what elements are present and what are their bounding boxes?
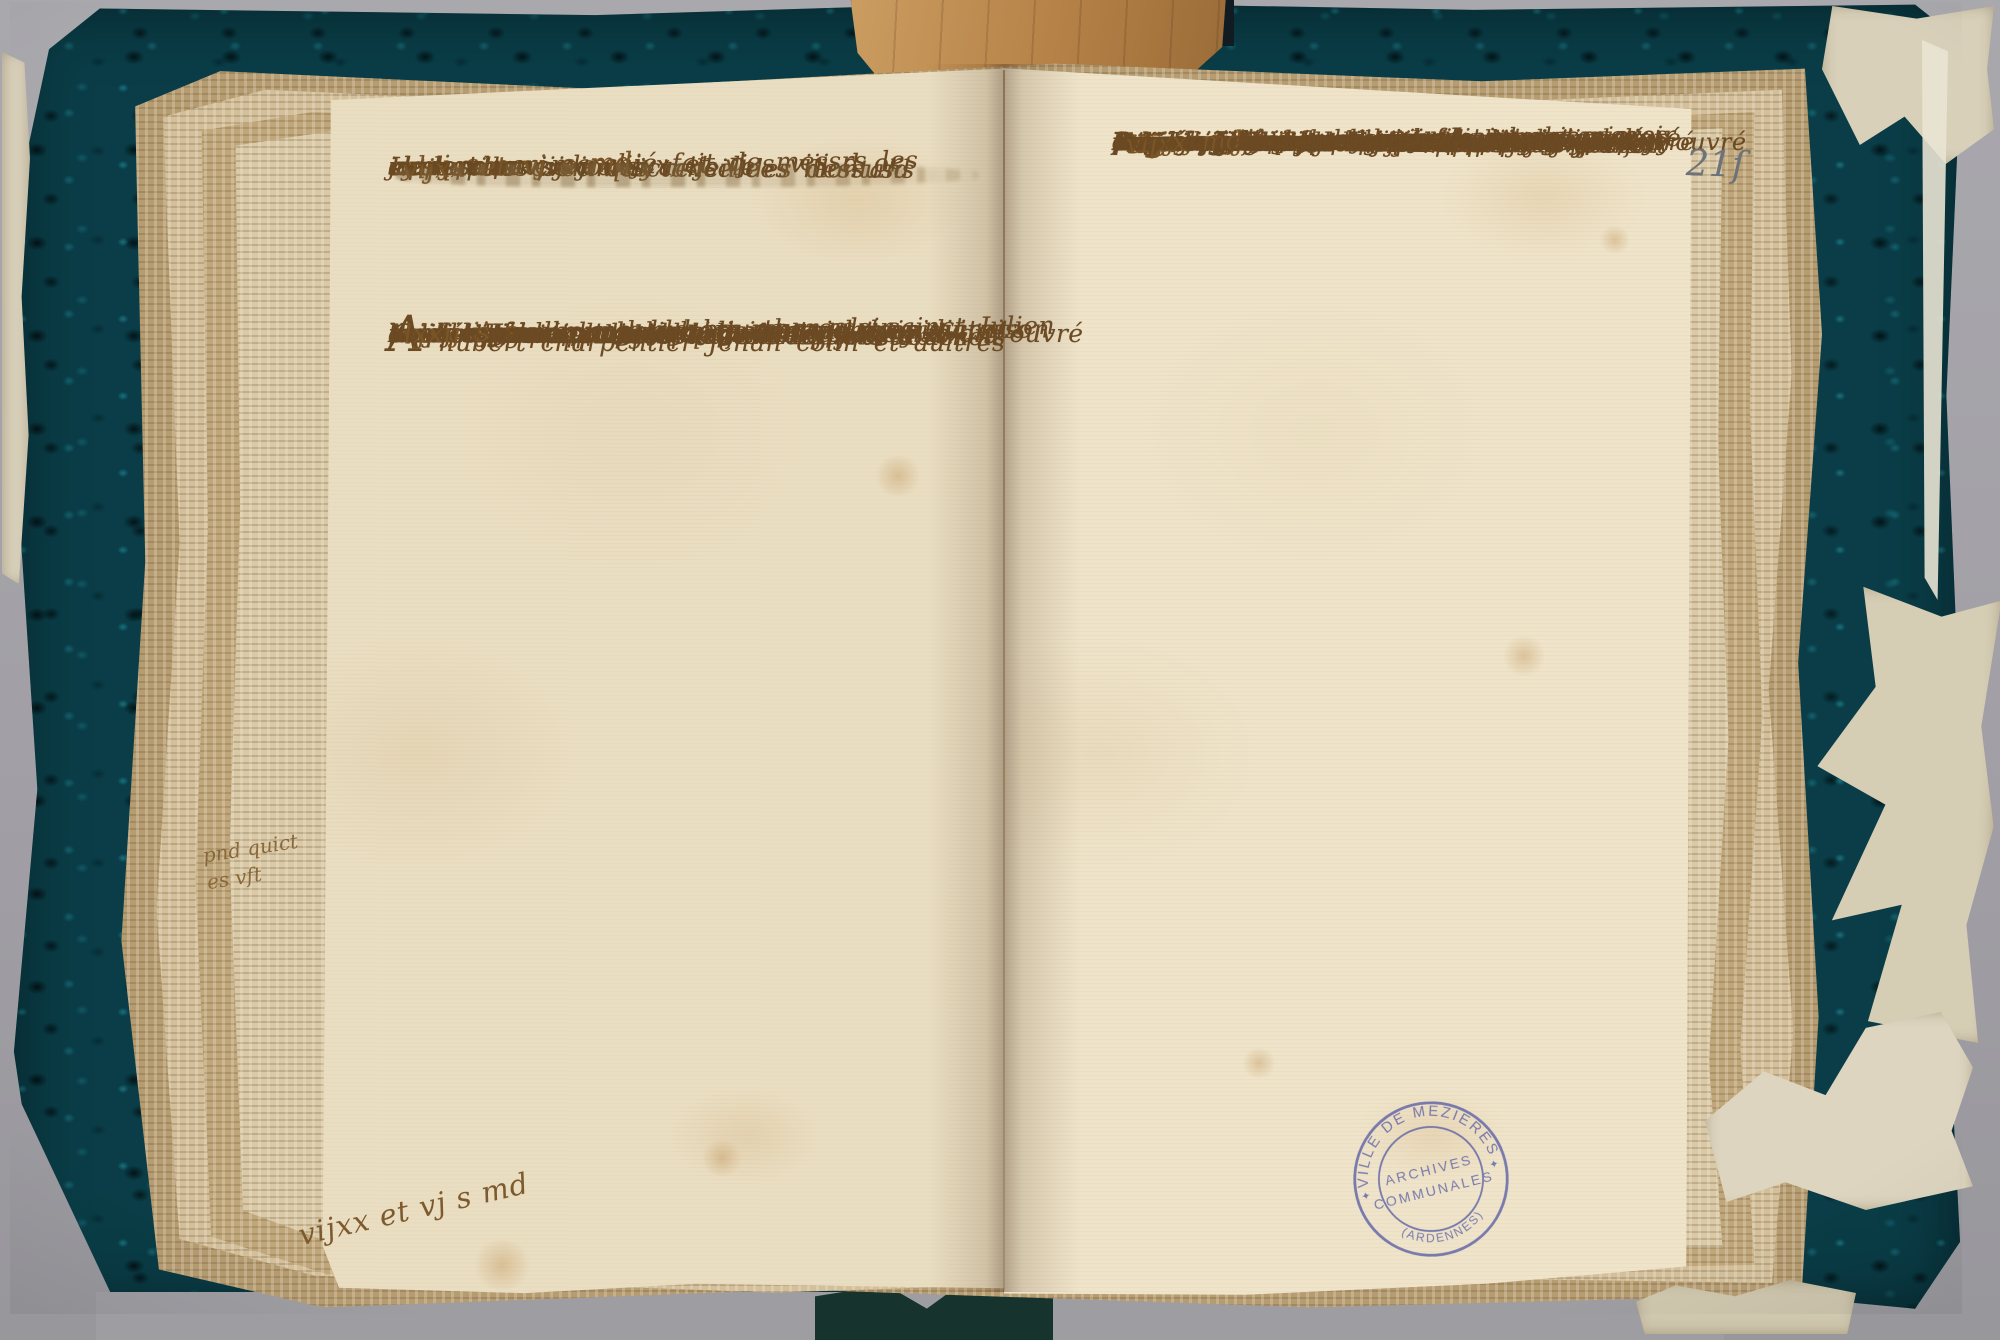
line-amount: lxxij s: [389, 315, 490, 354]
bleedthrough-text: [388, 146, 1002, 316]
left-page-text-column: chun par viij jours a ijs lejour po ce .…: [388, 146, 1002, 316]
foxing-spot: [1240, 1048, 1278, 1078]
foxing-spot: [470, 1240, 534, 1290]
book-photo: chun par viij jours a ijs lejour po ce .…: [0, 0, 2000, 1340]
line-text: Item a gerart brassans pd deux pieces: [1112, 122, 1630, 159]
foxing-spot: [872, 456, 924, 496]
gutter-crease-line: [1003, 70, 1005, 1290]
folio-number: 21ſ: [1685, 143, 1746, 186]
foxing-spot: [700, 1140, 744, 1176]
stamp-star-right: ✦: [1488, 1157, 1502, 1171]
foxing-spot: [1598, 226, 1632, 254]
foxing-spot: [1500, 636, 1548, 676]
